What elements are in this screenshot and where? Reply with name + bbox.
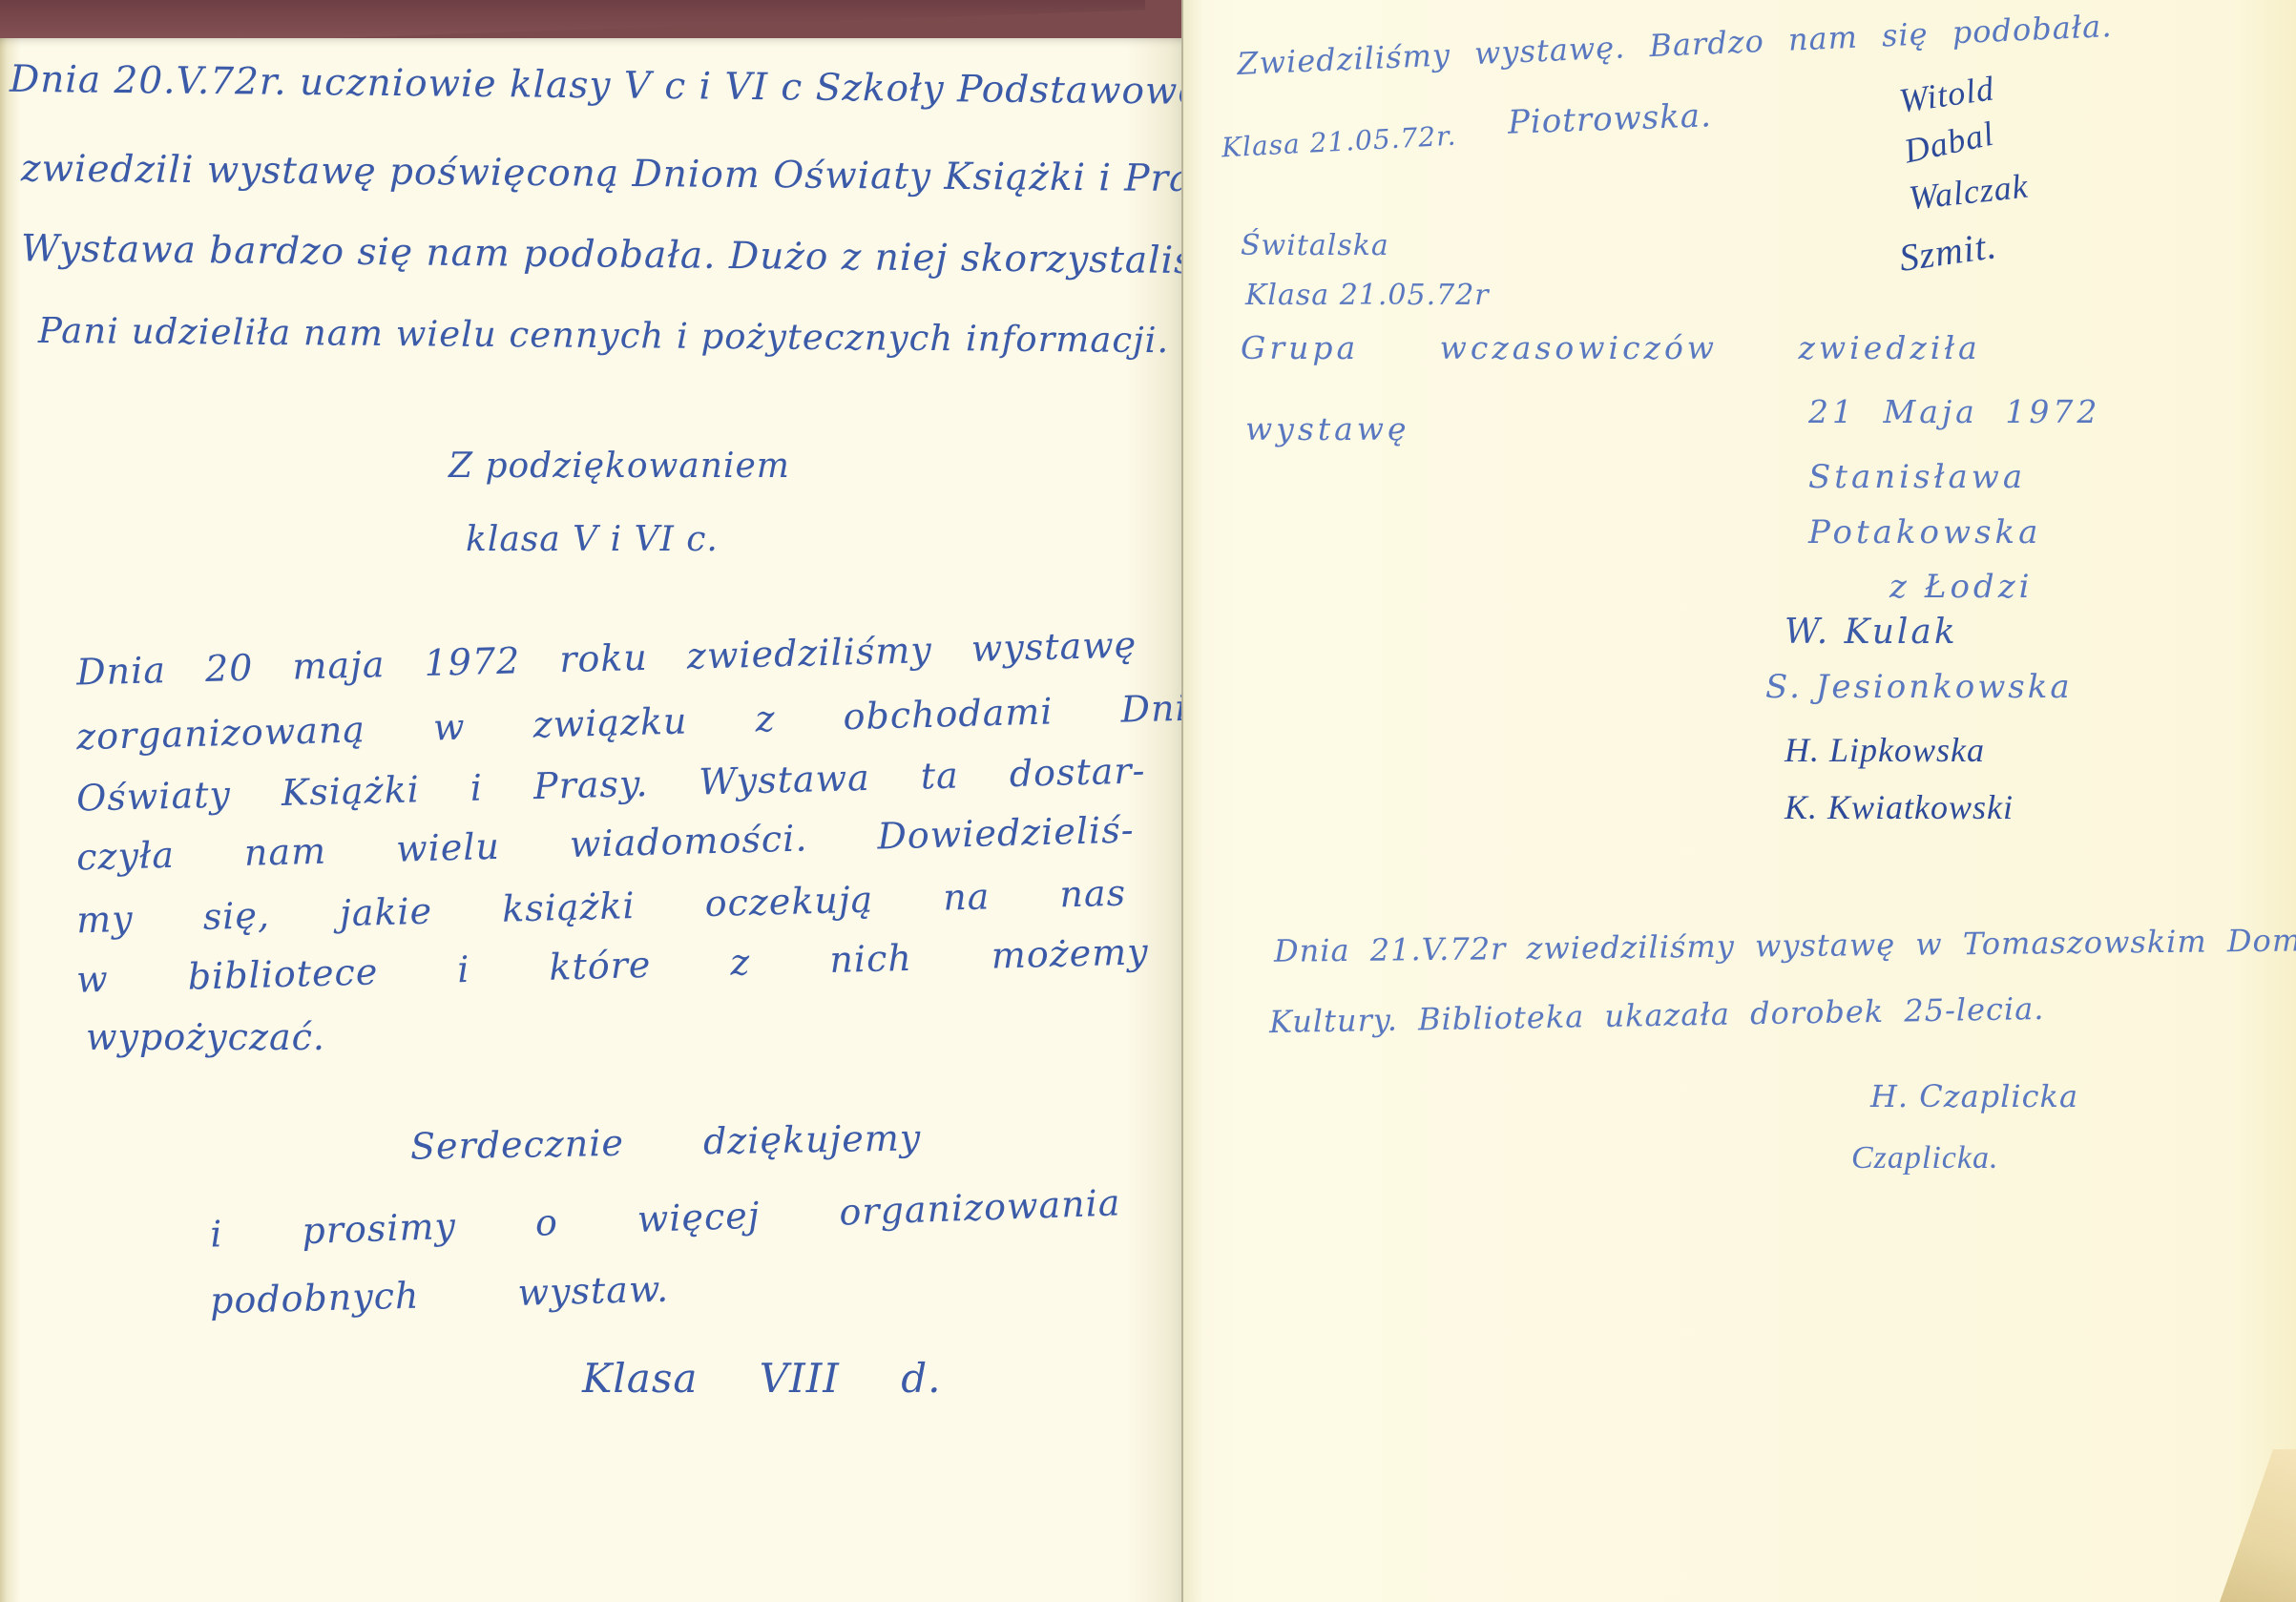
entry6-signature-2: Czaplicka. xyxy=(1851,1140,1998,1176)
entry5-signature-4: W. Kulak xyxy=(1785,613,1958,652)
entry4-name: Świtalska xyxy=(1241,229,1389,262)
guestbook-spread: Dnia 20.V.72r. uczniowie klasy V c i VI … xyxy=(0,0,2296,1602)
entry5-signature-3: z Łodzi xyxy=(1889,568,2034,606)
entry5-line1: Grupa wczasowiczów zwiedziła xyxy=(1241,329,1981,366)
entry1-signature: klasa V i VI c. xyxy=(466,520,719,559)
entry4-date: Klasa 21.05.72r xyxy=(1245,279,1490,312)
entry5-signature-7: K. Kwiatkowski xyxy=(1785,787,2014,827)
entry2-thanks-line1: Serdecznie dziękujemy xyxy=(410,1116,922,1167)
entry5-line2: wystawę xyxy=(1245,410,1410,447)
entry5-signature-1: Stanisława xyxy=(1808,458,2026,496)
entry5-date: 21 Maja 1972 xyxy=(1808,393,2100,430)
entry2-signature: Klasa VIII d. xyxy=(582,1355,941,1402)
entry5-signature-6: H. Lipkowska xyxy=(1785,730,1985,770)
entry1-closing: Z podziękowaniem xyxy=(449,447,790,486)
entry3-name: Piotrowska. xyxy=(1507,96,1712,141)
entry5-signature-5: S. Jesionkowska xyxy=(1765,668,2073,706)
entry2-line7: wypożyczać. xyxy=(86,1016,325,1058)
entry5-signature-2: Potakowska xyxy=(1808,513,2041,551)
entry6-signature-1: H. Czaplicka xyxy=(1870,1078,2078,1114)
